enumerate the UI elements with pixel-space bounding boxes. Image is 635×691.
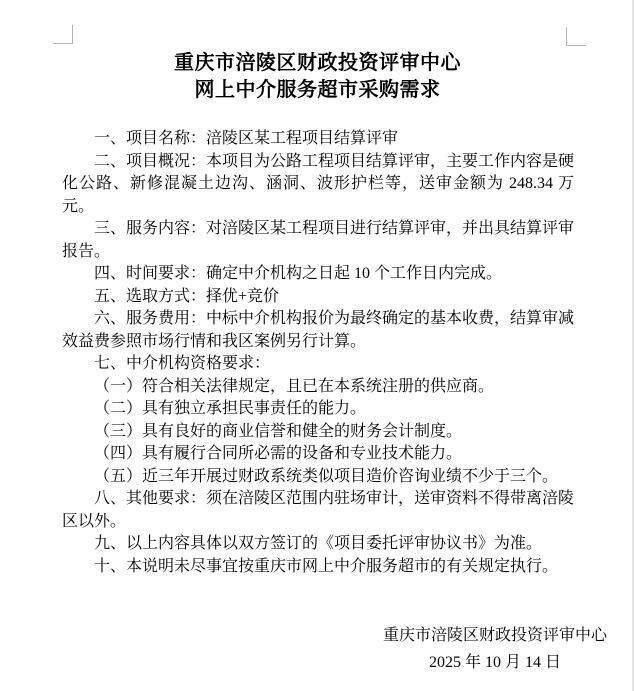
document-title-line1: 重庆市涪陵区财政投资评审中心 — [0, 50, 635, 77]
doc-paragraph-4: 四、时间要求：确定中介机构之日起 10 个工作日内完成。 — [62, 263, 574, 286]
doc-paragraph-10: （三）具有良好的商业信誉和健全的财务会计制度。 — [62, 421, 574, 444]
document-body: 一、项目名称：涪陵区某工程项目结算评审 二、项目概况：本项目为公路工程项目结算评… — [62, 128, 574, 578]
doc-paragraph-3: 三、服务内容：对涪陵区某工程项目进行结算评审，并出具结算评审报告。 — [62, 218, 574, 263]
signature-block: 重庆市涪陵区财政投资评审中心 2025 年 10 月 14 日 — [0, 622, 635, 676]
doc-paragraph-6: 六、服务费用：中标中介机构报价为最终确定的基本收费，结算审减效益费参照市场行情和… — [62, 308, 574, 353]
doc-paragraph-14: 九、以上内容具体以双方签订的《项目委托评审协议书》为准。 — [62, 533, 574, 556]
document-title: 重庆市涪陵区财政投资评审中心 网上中介服务超市采购需求 — [0, 50, 635, 104]
doc-paragraph-7: 七、中介机构资格要求： — [62, 353, 574, 376]
margin-crop-mark-top-right — [566, 27, 586, 46]
doc-paragraph-15: 十、本说明未尽事宜按重庆市网上中介服务超市的有关规定执行。 — [62, 556, 574, 579]
signature-org: 重庆市涪陵区财政投资评审中心 — [383, 622, 607, 649]
signature-date: 2025 年 10 月 14 日 — [383, 649, 607, 676]
doc-paragraph-12: （五）近三年开展过财政系统类似项目造价咨询业绩不少于三个。 — [62, 466, 574, 489]
document-title-line2: 网上中介服务超市采购需求 — [0, 77, 635, 104]
doc-paragraph-1: 一、项目名称：涪陵区某工程项目结算评审 — [62, 128, 574, 151]
doc-paragraph-13: 八、其他要求：须在涪陵区范围内驻场审计，送审资料不得带离涪陵区以外。 — [62, 488, 574, 533]
doc-paragraph-8: （一）符合相关法律规定，且已在本系统注册的供应商。 — [62, 376, 574, 399]
doc-paragraph-9: （二）具有独立承担民事责任的能力。 — [62, 398, 574, 421]
doc-paragraph-5: 五、选取方式：择优+竞价 — [62, 286, 574, 309]
page-edge-line — [632, 0, 634, 691]
document-page: 重庆市涪陵区财政投资评审中心 网上中介服务超市采购需求 一、项目名称：涪陵区某工… — [0, 0, 635, 691]
doc-paragraph-11: （四）具有履行合同所必需的设备和专业技术能力。 — [62, 443, 574, 466]
margin-crop-mark-top-left — [53, 25, 73, 44]
doc-paragraph-2: 二、项目概况：本项目为公路工程项目结算评审，主要工作内容是硬化公路、新修混凝土边… — [62, 151, 574, 219]
